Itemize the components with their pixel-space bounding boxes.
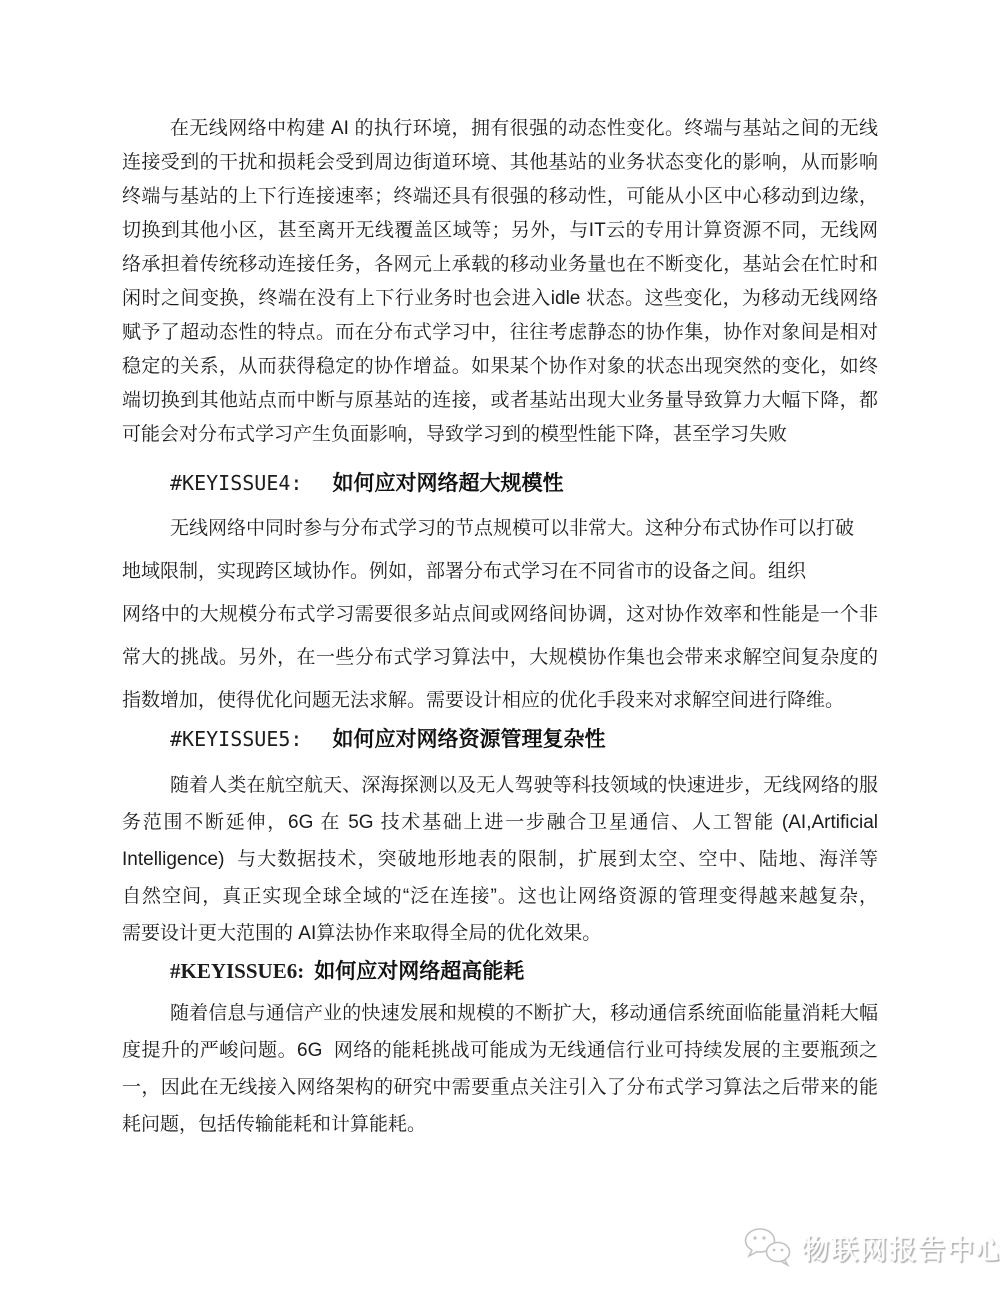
heading-title: 如何应对网络超高能耗: [314, 960, 524, 983]
text-line: 耗问题，包括传输能耗和计算能耗。: [122, 1106, 878, 1143]
heading-label: #KEYISSUE4:: [170, 471, 302, 495]
wechat-icon: [742, 1226, 794, 1268]
section-heading: #KEYISSUE6:如何应对网络超高能耗: [122, 956, 878, 989]
text-line: 可能会对分布式学习产生负面影响，导致学习到的模型性能下降，甚至学习失败: [122, 418, 878, 452]
text-line: 常大的挑战。另外，在一些分布式学习算法中，大规模协作集也会带来求解空间复杂度的: [122, 636, 878, 679]
text-line: 网络中的大规模分布式学习需要很多站点间或网络间协调，这对协作效率和性能是一个非: [122, 593, 878, 636]
text-line: 端切换到其他站点而中断与原基站的连接，或者基站出现大业务量导致算力大幅下降，都: [122, 384, 878, 418]
text-line: 随着人类在航空航天、深海探测以及无人驾驶等科技领域的快速进步，无线网络的服: [122, 767, 878, 804]
text-line: 指数增加，使得优化问题无法求解。需要设计相应的优化手段来对求解空间进行降维。: [122, 679, 878, 722]
text-line: 在无线网络中构建 AI 的执行环境，拥有很强的动态性变化。终端与基站之间的无线: [122, 112, 878, 146]
watermark-text: 物联网报告中心: [802, 1228, 1000, 1267]
paragraph: 随着人类在航空航天、深海探测以及无人驾驶等科技领域的快速进步，无线网络的服务范围…: [122, 767, 878, 952]
heading-title: 如何应对网络超大规模性: [332, 472, 563, 495]
text-line: 赋予了超动态性的特点。而在分布式学习中，往往考虑静态的协作集，协作对象间是相对: [122, 316, 878, 350]
text-line: 需要设计更大范围的 AI算法协作来取得全局的优化效果。: [122, 915, 878, 952]
section-heading: #KEYISSUE4:如何应对网络超大规模性: [122, 468, 878, 501]
paragraph: 无线网络中同时参与分布式学习的节点规模可以非常大。这种分布式协作可以打破地域限制…: [122, 507, 878, 722]
text-line: 无线网络中同时参与分布式学习的节点规模可以非常大。这种分布式协作可以打破: [122, 507, 878, 550]
text-line: Intelligence) 与大数据技术，突破地形地表的限制，扩展到太空、空中、…: [122, 841, 878, 878]
text-line: 切换到其他小区，甚至离开无线覆盖区域等；另外，与IT云的专用计算资源不同，无线网: [122, 214, 878, 248]
watermark: 物联网报告中心: [742, 1226, 1000, 1268]
text-line: 稳定的关系，从而获得稳定的协作增益。如果某个协作对象的状态出现突然的变化，如终: [122, 350, 878, 384]
section-heading: #KEYISSUE5:如何应对网络资源管理复杂性: [122, 724, 878, 757]
text-line: 络承担着传统移动连接任务，各网元上承载的移动业务量也在不断变化，基站会在忙时和: [122, 248, 878, 282]
text-line: 地域限制，实现跨区域协作。例如，部署分布式学习在不同省市的设备之间。组织: [122, 550, 878, 593]
text-line: 务范围不断延伸，6G 在 5G 技术基础上进一步融合卫星通信、人工智能 (AI,…: [122, 804, 878, 841]
text-line: 一，因此在无线接入网络架构的研究中需要重点关注引入了分布式学习算法之后带来的能: [122, 1069, 878, 1106]
text-line: 连接受到的干扰和损耗会受到周边街道环境、其他基站的业务状态变化的影响，从而影响: [122, 146, 878, 180]
text-line: 度提升的严峻问题。6G 网络的能耗挑战可能成为无线通信行业可持续发展的主要瓶颈之: [122, 1032, 878, 1069]
paragraph: 随着信息与通信产业的快速发展和规模的不断扩大，移动通信系统面临能量消耗大幅度提升…: [122, 995, 878, 1143]
text-line: 自然空间，真正实现全球全域的“泛在连接”。这也让网络资源的管理变得越来越复杂，: [122, 878, 878, 915]
document-page: 在无线网络中构建 AI 的执行环境，拥有很强的动态性变化。终端与基站之间的无线连…: [0, 0, 1000, 1293]
text-line: 终端与基站的上下行连接速率；终端还具有很强的移动性，可能从小区中心移动到边缘，: [122, 180, 878, 214]
text-line: 随着信息与通信产业的快速发展和规模的不断扩大，移动通信系统面临能量消耗大幅: [122, 995, 878, 1032]
heading-label: #KEYISSUE5:: [170, 727, 302, 751]
heading-label: #KEYISSUE6:: [170, 959, 304, 983]
document-body: 在无线网络中构建 AI 的执行环境，拥有很强的动态性变化。终端与基站之间的无线连…: [122, 112, 878, 1143]
paragraph: 在无线网络中构建 AI 的执行环境，拥有很强的动态性变化。终端与基站之间的无线连…: [122, 112, 878, 452]
text-line: 闲时之间变换，终端在没有上下行业务时也会进入idle 状态。这些变化，为移动无线…: [122, 282, 878, 316]
heading-title: 如何应对网络资源管理复杂性: [332, 728, 605, 751]
